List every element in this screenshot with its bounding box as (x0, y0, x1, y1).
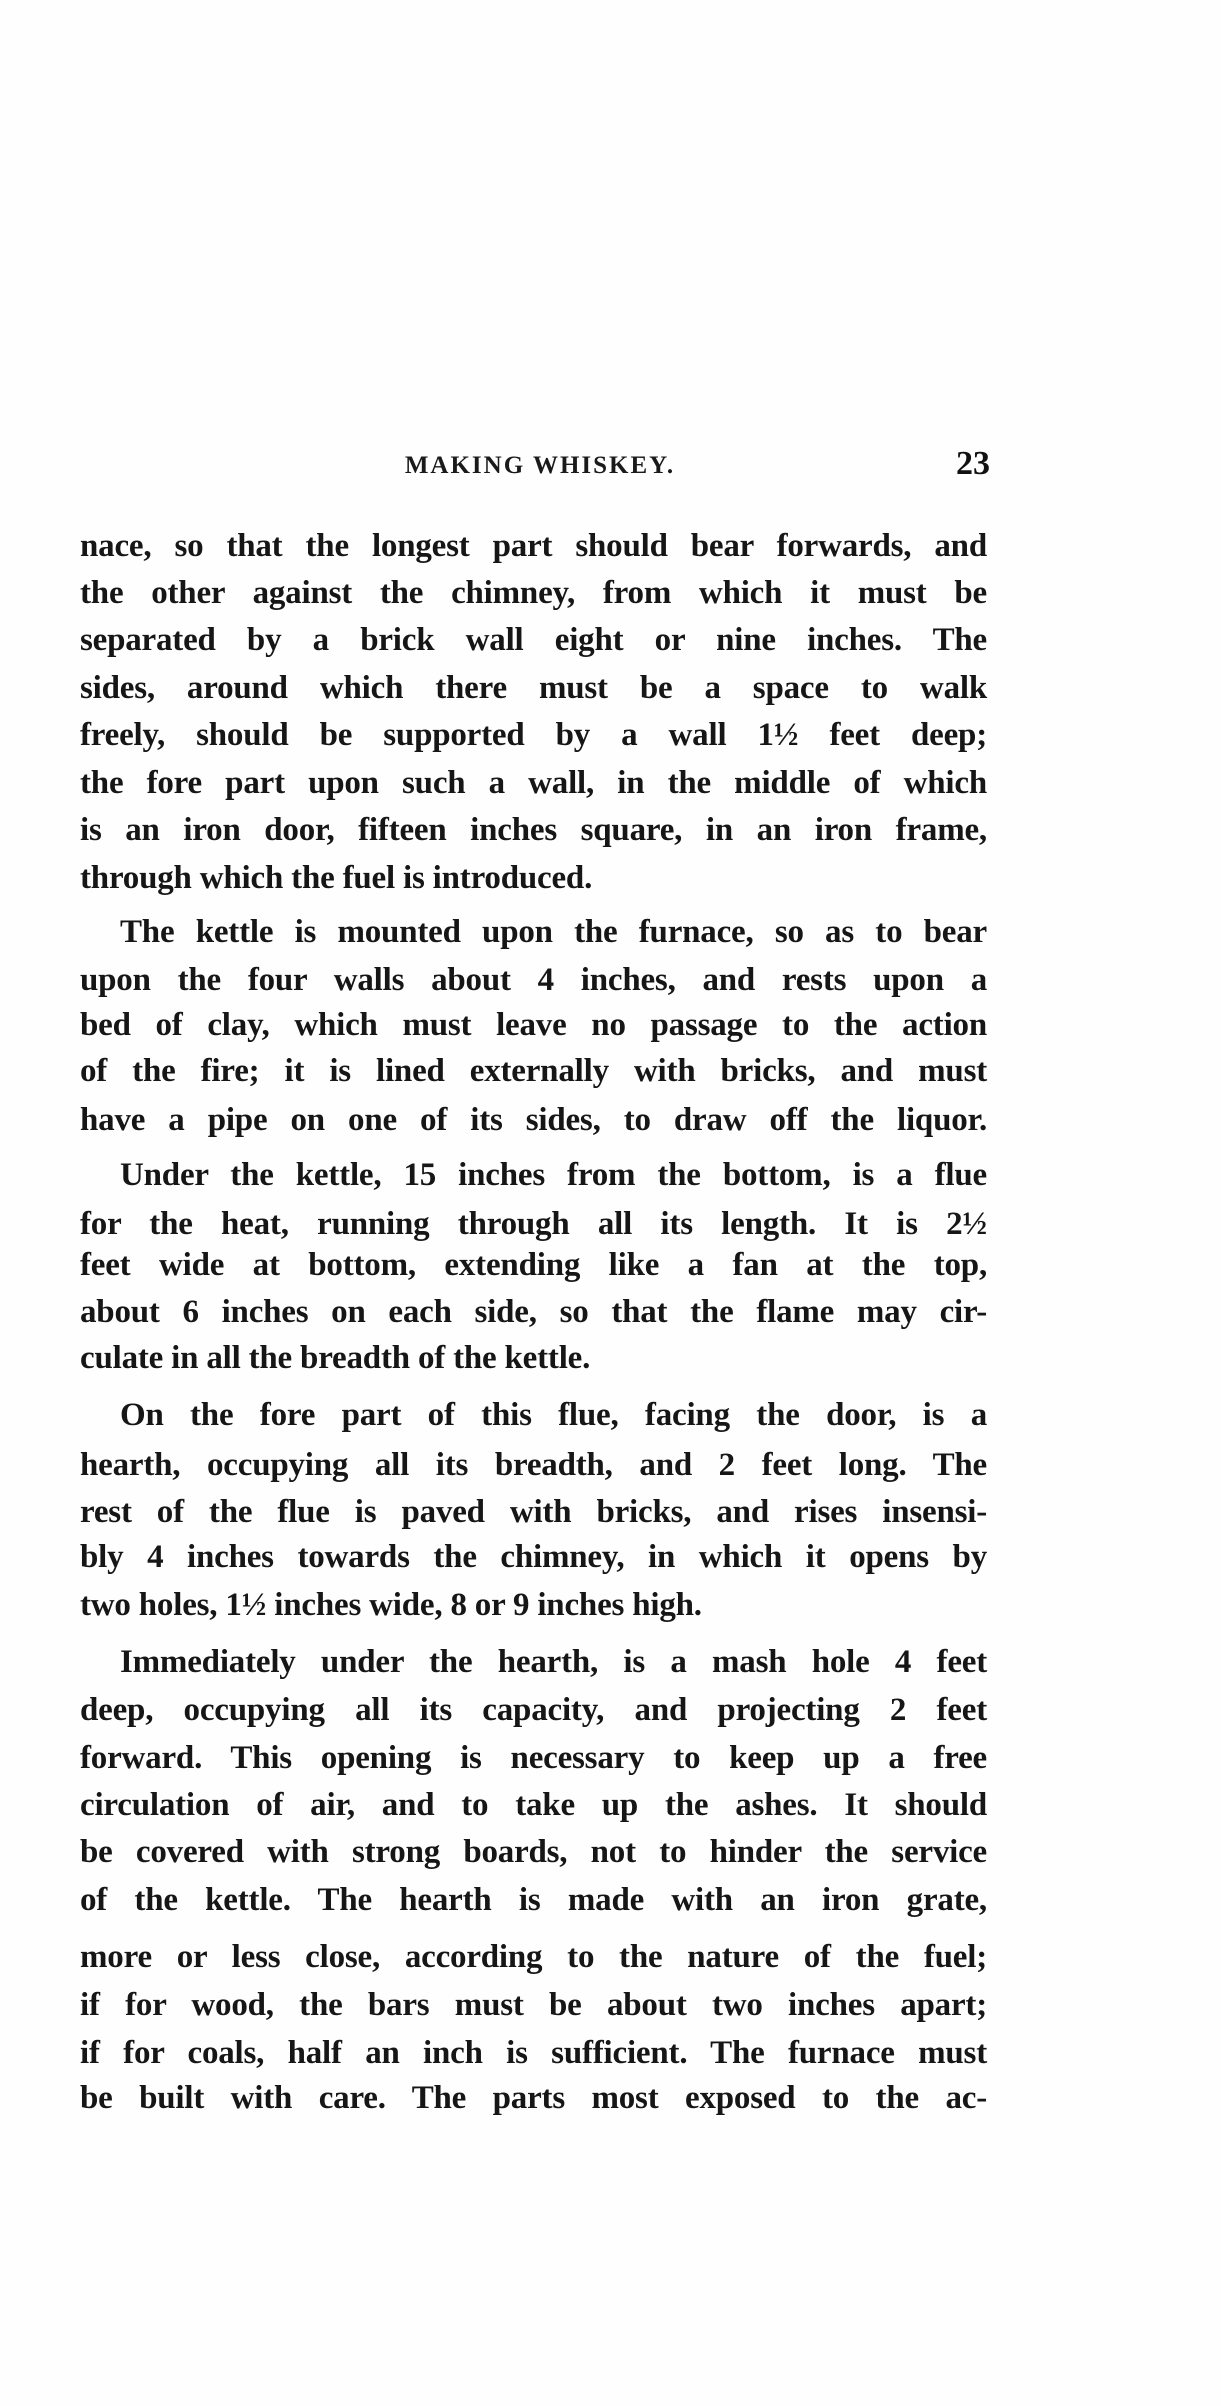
text-line: culate in all the breadth of the kettle. (80, 1336, 987, 1380)
text-line: have a pipe on one of its sides, to draw… (80, 1098, 987, 1142)
text-line: bed of clay, which must leave no passage… (80, 1003, 987, 1047)
text-line: if for wood, the bars must be about two … (80, 1983, 987, 2027)
text-line: the fore part upon such a wall, in the m… (80, 761, 987, 805)
text-line: bly 4 inches towards the chimney, in whi… (80, 1535, 987, 1579)
text-line: feet wide at bottom, extending like a fa… (80, 1243, 987, 1287)
text-line: circulation of air, and to take up the a… (80, 1783, 987, 1827)
text-line: of the fire; it is lined externally with… (80, 1049, 987, 1093)
text-line: freely, should be supported by a wall 1½… (80, 713, 987, 757)
text-line: separated by a brick wall eight or nine … (80, 618, 987, 662)
text-line: about 6 inches on each side, so that the… (80, 1290, 987, 1334)
text-line: Under the kettle, 15 inches from the bot… (120, 1153, 987, 1197)
running-head: MAKING WHISKEY. 23 (0, 446, 1221, 486)
text-line: for the heat, running through all its le… (80, 1202, 987, 1246)
running-head-title: MAKING WHISKEY. (380, 446, 700, 486)
text-line: through which the fuel is introduced. (80, 856, 987, 900)
book-page: MAKING WHISKEY. 23 nace, so that the lon… (0, 0, 1221, 2406)
text-line: of the kettle. The hearth is made with a… (80, 1878, 987, 1922)
text-line: if for coals, half an inch is sufficient… (80, 2031, 987, 2075)
text-line: rest of the flue is paved with bricks, a… (80, 1490, 987, 1534)
text-line: more or less close, according to the nat… (80, 1935, 987, 1979)
text-line: Immediately under the hearth, is a mash … (120, 1640, 987, 1684)
text-line: The kettle is mounted upon the furnace, … (120, 910, 987, 954)
text-line: is an iron door, fifteen inches square, … (80, 808, 987, 852)
text-line: nace, so that the longest part should be… (80, 524, 987, 568)
page-number: 23 (940, 442, 990, 486)
text-line: be built with care. The parts most expos… (80, 2076, 987, 2120)
text-line: two holes, 1½ inches wide, 8 or 9 inches… (80, 1583, 987, 1627)
text-line: deep, occupying all its capacity, and pr… (80, 1688, 987, 1732)
text-line: forward. This opening is necessary to ke… (80, 1736, 987, 1780)
text-line: hearth, occupying all its breadth, and 2… (80, 1443, 987, 1487)
text-line: upon the four walls about 4 inches, and … (80, 958, 987, 1002)
text-line: On the fore part of this flue, facing th… (120, 1393, 987, 1437)
text-line: be covered with strong boards, not to hi… (80, 1830, 987, 1874)
text-line: sides, around which there must be a spac… (80, 666, 987, 710)
text-line: the other against the chimney, from whic… (80, 571, 987, 615)
